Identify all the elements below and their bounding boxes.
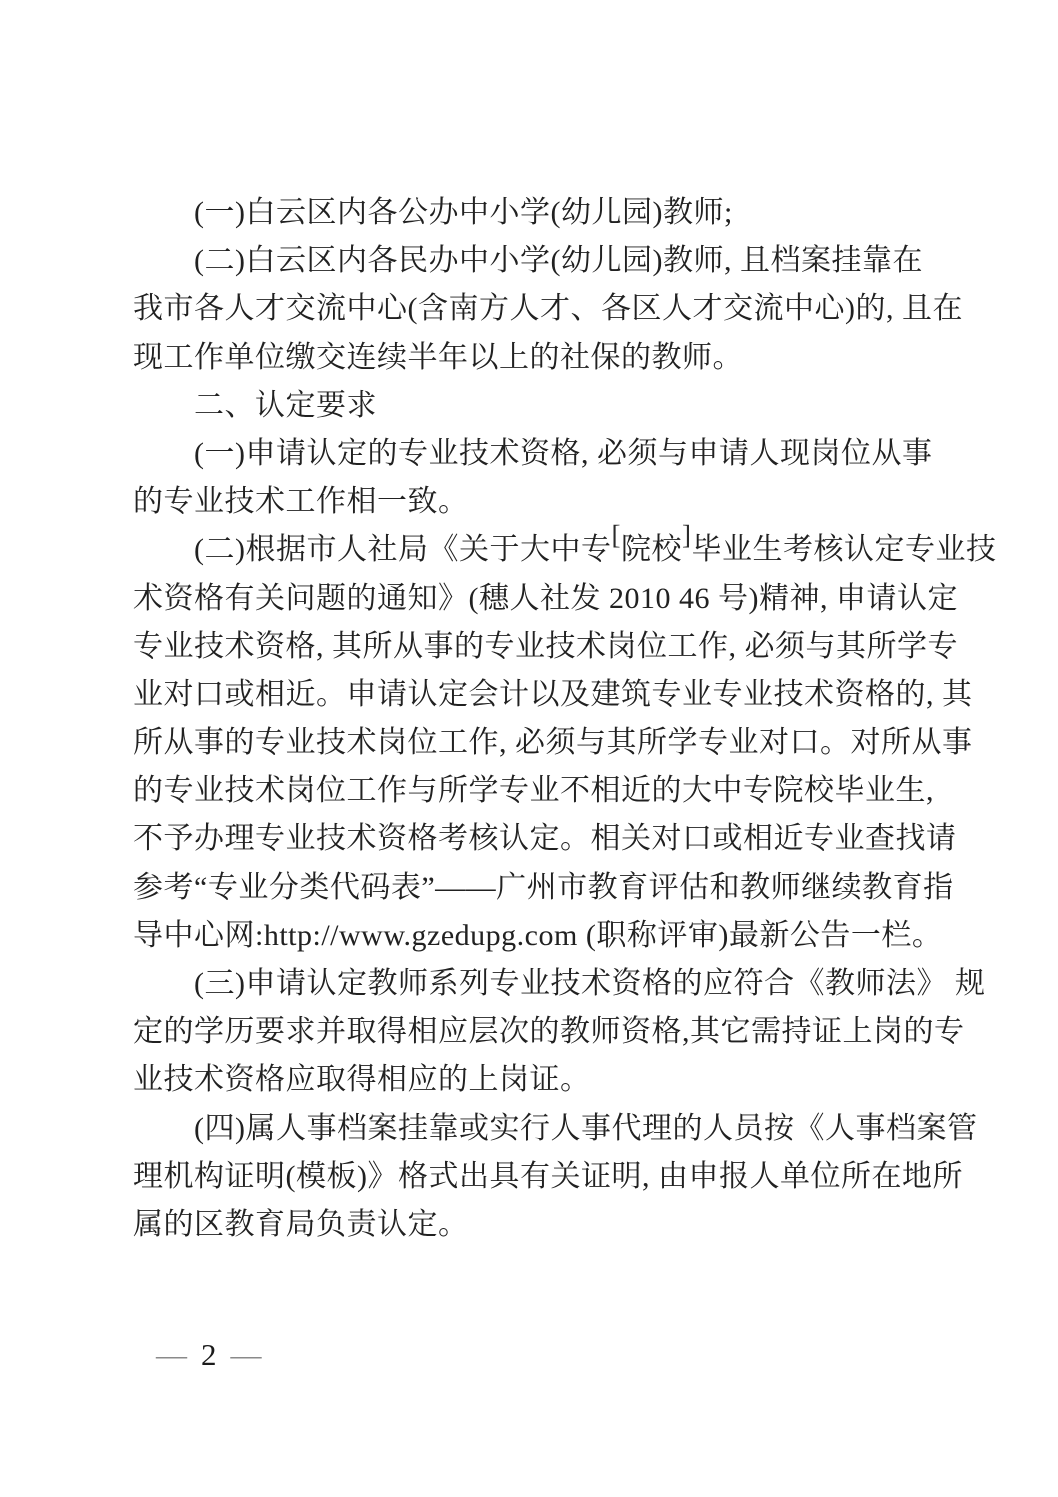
text-line: 不予办理专业技术资格考核认定。相关对口或相近专业查找请	[133, 815, 938, 863]
text-line: 参考“专业分类代码表”——广州市教育评估和教师继续教育指	[133, 864, 938, 912]
page-footer: —2—	[156, 1333, 262, 1377]
text-line: 所从事的专业技术岗位工作, 必须与其所学专业对口。对所从事	[133, 719, 938, 767]
text-line: 现工作单位缴交连续半年以上的社保的教师。	[133, 334, 938, 382]
page-number: 2	[201, 1337, 217, 1372]
footer-dash-left: —	[156, 1337, 187, 1372]
text-line: 定的学历要求并取得相应层次的教师资格,其它需持证上岗的专	[133, 1008, 938, 1056]
text-line: 我市各人才交流中心(含南方人才、各区人才交流中心)的, 且在	[133, 285, 938, 333]
document-page: (一)白云区内各公办中小学(幼儿园)教师; (二)白云区内各民办中小学(幼儿园)…	[0, 0, 1058, 1497]
text-line: 业对口或相近。申请认定会计以及建筑专业专业技术资格的, 其	[133, 671, 938, 719]
text-line: 专业技术资格, 其所从事的专业技术岗位工作, 必须与其所学专	[133, 623, 938, 671]
text-line: (一)申请认定的专业技术资格, 必须与申请人现岗位从事	[133, 430, 938, 478]
text-line-with-brackets: (二)根据市人社局《关于大中专[院校]毕业生考核认定专业技	[133, 526, 938, 574]
text-segment: 毕业生考核认定专业技	[691, 533, 996, 566]
text-line: (三)申请认定教师系列专业技术资格的应符合《教师法》 规	[133, 960, 938, 1008]
superscript-bracket-close: ]	[682, 520, 692, 550]
text-line: 理机构证明(模板)》格式出具有关证明, 由申报人单位所在地所	[133, 1153, 938, 1201]
text-segment: (二)根据市人社局《关于大中专	[194, 533, 611, 566]
text-line: 属的区教育局负责认定。	[133, 1201, 938, 1249]
text-line-with-url: 导中心网:http://www.gzedupg.com (职称评审)最新公告一栏…	[133, 912, 938, 960]
document-body: (一)白云区内各公办中小学(幼儿园)教师; (二)白云区内各民办中小学(幼儿园)…	[133, 189, 938, 1249]
text-line: 业技术资格应取得相应的上岗证。	[133, 1056, 938, 1104]
text-segment: 院校	[621, 533, 682, 566]
text-line: (一)白云区内各公办中小学(幼儿园)教师;	[133, 189, 938, 237]
text-line: (二)白云区内各民办中小学(幼儿园)教师, 且档案挂靠在	[133, 237, 938, 285]
section-heading: 二、认定要求	[133, 382, 938, 430]
superscript-bracket-open: [	[611, 520, 621, 550]
text-line: 的专业技术岗位工作与所学专业不相近的大中专院校毕业生,	[133, 767, 938, 815]
text-line: (四)属人事档案挂靠或实行人事代理的人员按《人事档案管	[133, 1105, 938, 1153]
text-line: 的专业技术工作相一致。	[133, 478, 938, 526]
text-line: 术资格有关问题的通知》(穗人社发 2010 46 号)精神, 申请认定	[133, 575, 938, 623]
footer-dash-right: —	[231, 1337, 262, 1372]
